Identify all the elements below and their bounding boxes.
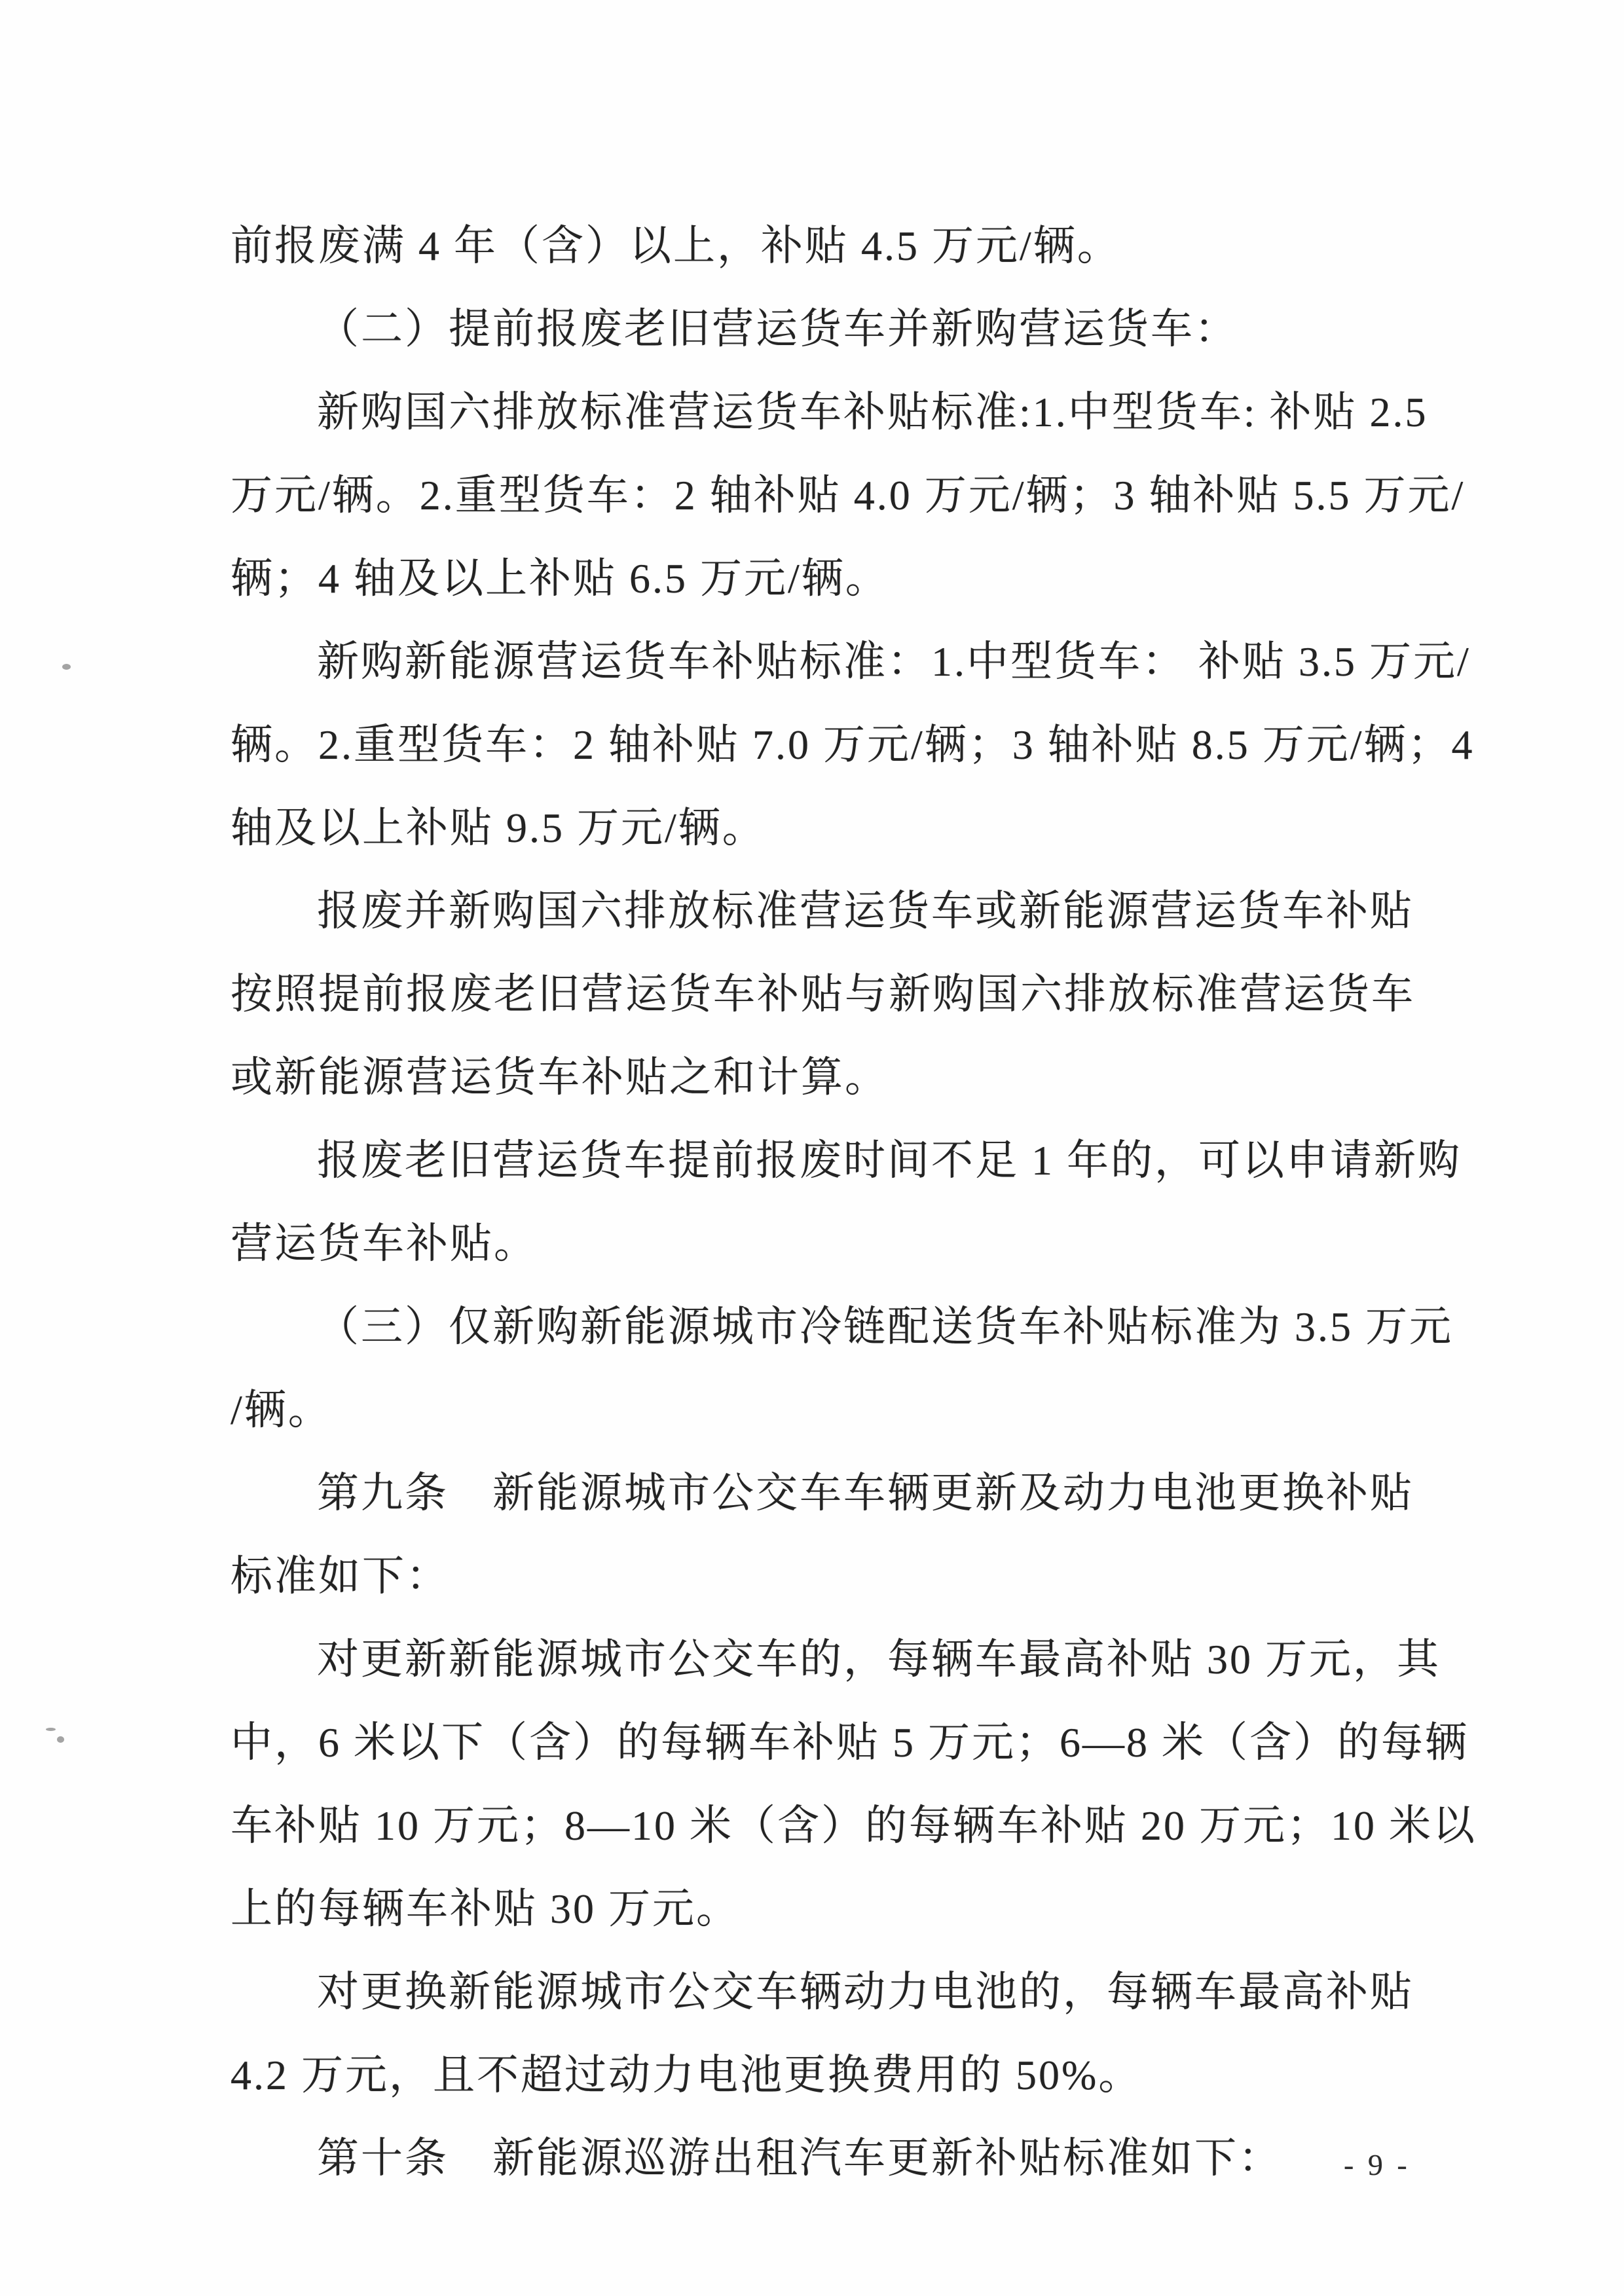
doc-line: 4.2 万元，且不超过动力电池更换费用的 50%。 xyxy=(231,2033,1449,2117)
doc-line: 辆；4 轴及以上补贴 6.5 万元/辆。 xyxy=(231,537,1449,620)
doc-line: 万元/辆。2.重型货车：2 轴补贴 4.0 万元/辆；3 轴补贴 5.5 万元/ xyxy=(231,454,1449,537)
doc-line: 对更换新能源城市公交车辆动力电池的，每辆车最高补贴 xyxy=(231,1950,1449,2033)
doc-line: 或新能源营运货车补贴之和计算。 xyxy=(231,1036,1449,1119)
doc-line: 标准如下： xyxy=(231,1535,1449,1618)
document-body: 前报废满 4 年（含）以上，补贴 4.5 万元/辆。 （二）提前报废老旧营运货车… xyxy=(231,204,1449,2200)
doc-line: 报废老旧营运货车提前报废时间不足 1 年的，可以申请新购 xyxy=(231,1119,1449,1202)
scan-speck xyxy=(46,1728,56,1731)
doc-line: 中，6 米以下（含）的每辆车补贴 5 万元；6—8 米（含）的每辆 xyxy=(231,1701,1449,1784)
doc-line: 新购新能源营运货车补贴标准：1.中型货车： 补贴 3.5 万元/ xyxy=(231,620,1449,703)
doc-line: 第九条 新能源城市公交车车辆更新及动力电池更换补贴 xyxy=(231,1451,1449,1535)
scan-speck xyxy=(57,1736,64,1743)
doc-line: 前报废满 4 年（含）以上，补贴 4.5 万元/辆。 xyxy=(231,204,1449,287)
doc-line: /辆。 xyxy=(231,1368,1449,1451)
doc-line: 辆。2.重型货车：2 轴补贴 7.0 万元/辆；3 轴补贴 8.5 万元/辆；4 xyxy=(231,703,1449,786)
scanned-document-page: 前报废满 4 年（含）以上，补贴 4.5 万元/辆。 （二）提前报废老旧营运货车… xyxy=(0,0,1624,2296)
doc-line: 按照提前报废老旧营运货车补贴与新购国六排放标准营运货车 xyxy=(231,953,1449,1036)
doc-line: 第十条 新能源巡游出租汽车更新补贴标准如下： xyxy=(231,2117,1449,2200)
doc-line: 对更新新能源城市公交车的，每辆车最高补贴 30 万元，其 xyxy=(231,1618,1449,1701)
doc-line: （三）仅新购新能源城市冷链配送货车补贴标准为 3.5 万元 xyxy=(231,1285,1449,1368)
doc-line: 营运货车补贴。 xyxy=(231,1202,1449,1285)
doc-line: （二）提前报废老旧营运货车并新购营运货车： xyxy=(231,287,1449,371)
doc-line: 车补贴 10 万元；8—10 米（含）的每辆车补贴 20 万元；10 米以 xyxy=(231,1784,1449,1867)
page-number: - 9 - xyxy=(1344,2147,1411,2182)
doc-line: 轴及以上补贴 9.5 万元/辆。 xyxy=(231,786,1449,869)
doc-line: 新购国六排放标准营运货车补贴标准:1.中型货车: 补贴 2.5 xyxy=(231,371,1449,454)
doc-line: 上的每辆车补贴 30 万元。 xyxy=(231,1867,1449,1950)
doc-line: 报废并新购国六排放标准营运货车或新能源营运货车补贴 xyxy=(231,869,1449,953)
scan-speck xyxy=(62,664,71,670)
